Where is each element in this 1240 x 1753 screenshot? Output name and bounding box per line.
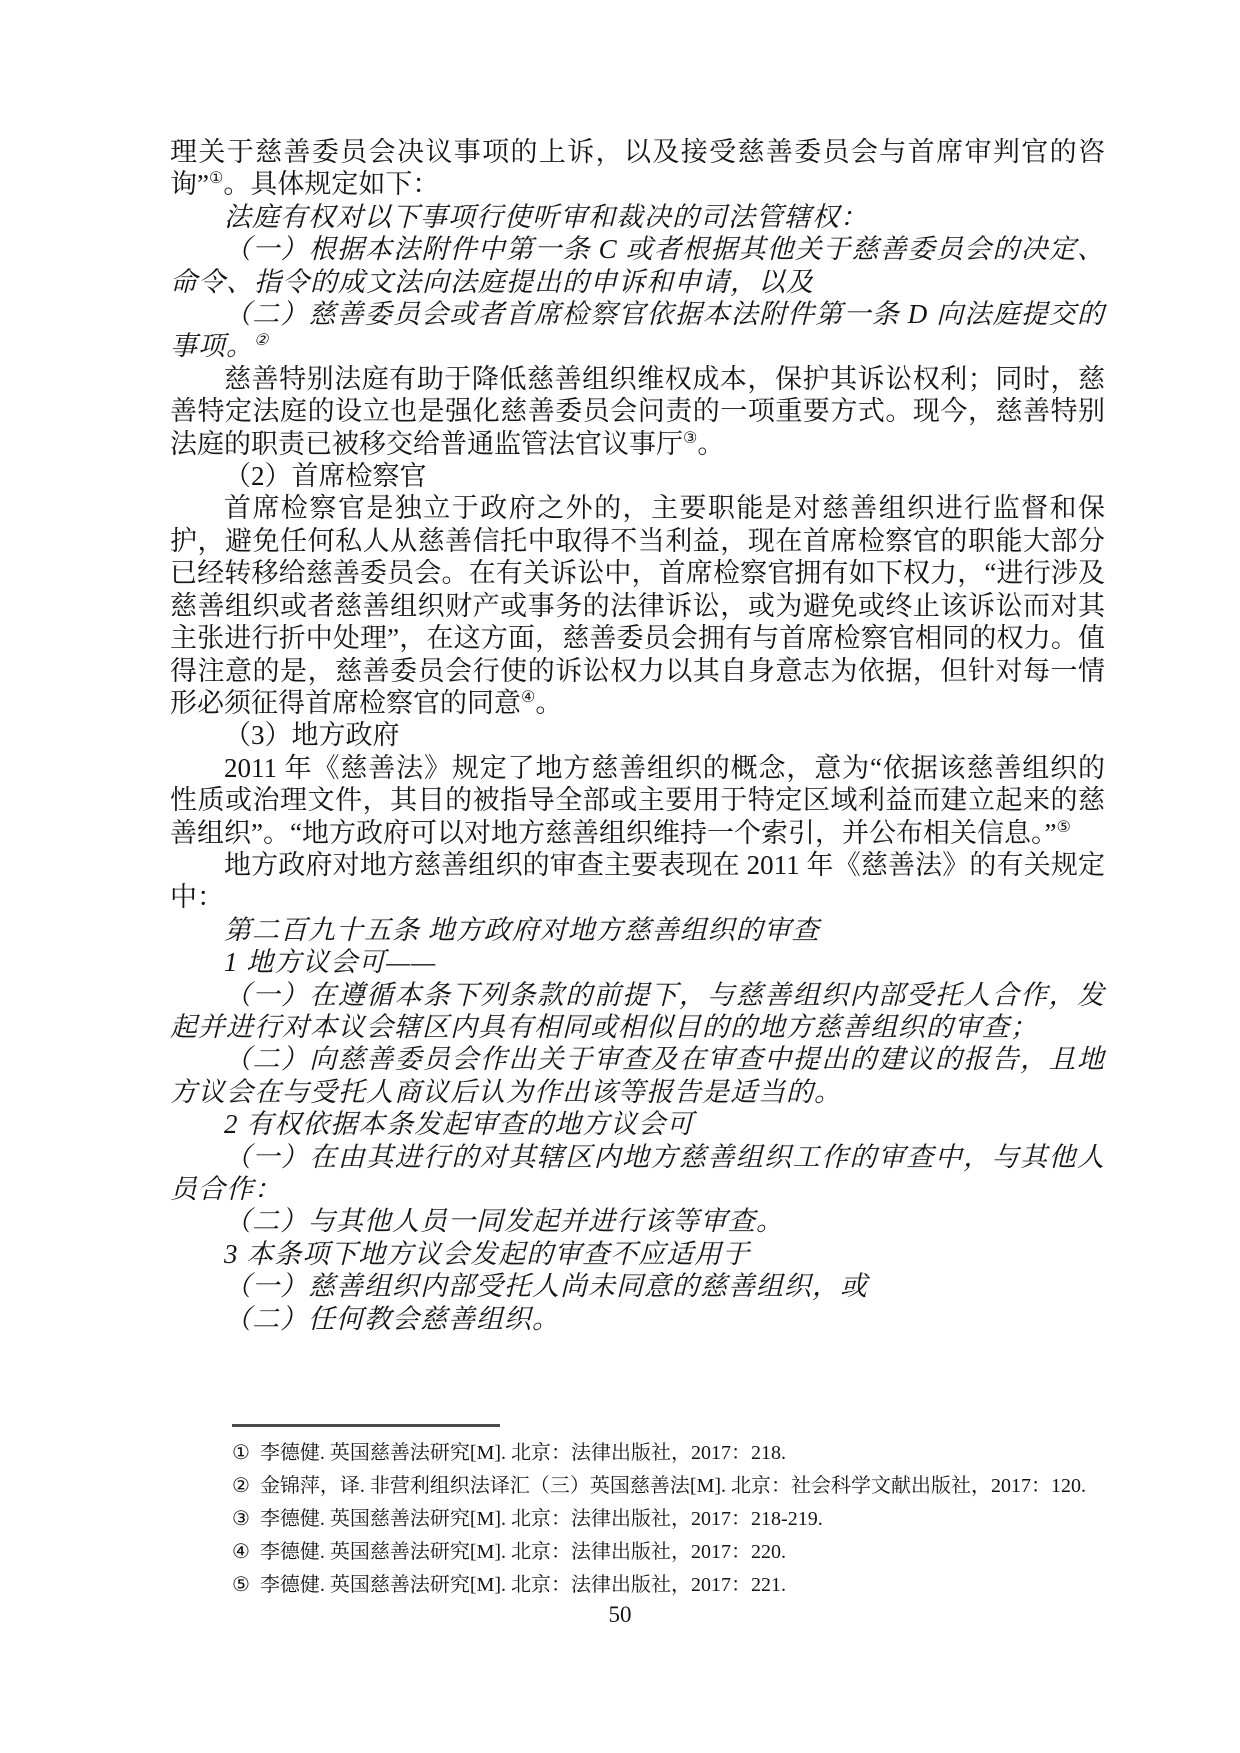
paragraph: 1 地方议会可—— [170, 946, 1105, 978]
footnote-text: 李德健. 英国慈善法研究[M]. 北京：法律出版社，2017：220. [260, 1536, 1087, 1569]
footnote-marker: ② [232, 1470, 250, 1503]
footnote-ref: ④ [521, 689, 535, 706]
paragraph: （3）地方政府 [170, 719, 1105, 751]
footnote-separator [232, 1424, 500, 1427]
paragraph: 法庭有权对以下事项行使听审和裁决的司法管辖权： [170, 201, 1105, 233]
footnote-text: 李德健. 英国慈善法研究[M]. 北京：法律出版社，2017：218. [260, 1437, 1087, 1470]
footnotes-section: ①李德健. 英国慈善法研究[M]. 北京：法律出版社，2017：218.②金锦萍… [232, 1424, 1087, 1602]
body-text: 理关于慈善委员会决议事项的上诉，以及接受慈善委员会与首席审判官的咨询”①。具体规… [170, 136, 1105, 1335]
paragraph: （一）慈善组织内部受托人尚未同意的慈善组织，或 [170, 1270, 1105, 1302]
paragraph: 3 本条项下地方议会发起的审查不应适用于 [170, 1238, 1105, 1270]
paragraph: 第二百九十五条 地方政府对地方慈善组织的审查 [170, 914, 1105, 946]
paragraph: （一）在由其进行的对其辖区内地方慈善组织工作的审查中，与其他人员合作： [170, 1141, 1105, 1206]
footnote-ref: ① [209, 170, 223, 187]
footnote-item: ③李德健. 英国慈善法研究[M]. 北京：法律出版社，2017：218-219. [232, 1503, 1087, 1536]
footnote-item: ④李德健. 英国慈善法研究[M]. 北京：法律出版社，2017：220. [232, 1536, 1087, 1569]
footnote-text: 李德健. 英国慈善法研究[M]. 北京：法律出版社，2017：221. [260, 1569, 1087, 1602]
paragraph: 地方政府对地方慈善组织的审查主要表现在 2011 年《慈善法》的有关规定中： [170, 849, 1105, 914]
footnote-ref: ⑤ [1056, 819, 1070, 836]
footnote-item: ①李德健. 英国慈善法研究[M]. 北京：法律出版社，2017：218. [232, 1437, 1087, 1470]
footnote-ref: ② [254, 332, 268, 349]
footnote-marker: ④ [232, 1536, 250, 1569]
paragraph: （二）向慈善委员会作出关于审查及在审查中提出的建议的报告，且地方议会在与受托人商… [170, 1043, 1105, 1108]
paragraph: 首席检察官是独立于政府之外的，主要职能是对慈善组织进行监督和保护，避免任何私人从… [170, 492, 1105, 719]
paragraph: （一）根据本法附件中第一条 C 或者根据其他关于慈善委员会的决定、命令、指令的成… [170, 233, 1105, 298]
paragraph: 2011 年《慈善法》规定了地方慈善组织的概念，意为“依据该慈善组织的性质或治理… [170, 752, 1105, 849]
footnote-text: 金锦萍，译. 非营利组织法译汇（三）英国慈善法[M]. 北京：社会科学文献出版社… [260, 1470, 1087, 1503]
document-page: 理关于慈善委员会决议事项的上诉，以及接受慈善委员会与首席审判官的咨询”①。具体规… [0, 0, 1240, 1753]
footnote-ref: ③ [683, 430, 697, 447]
footnote-text: 李德健. 英国慈善法研究[M]. 北京：法律出版社，2017：218-219. [260, 1503, 1087, 1536]
footnote-marker: ① [232, 1437, 250, 1470]
paragraph: （二）任何教会慈善组织。 [170, 1303, 1105, 1335]
paragraph: （2）首席检察官 [170, 460, 1105, 492]
footnote-marker: ③ [232, 1503, 250, 1536]
footnote-marker: ⑤ [232, 1569, 250, 1602]
page-number: 50 [0, 1602, 1240, 1628]
paragraph: （一）在遵循本条下列条款的前提下，与慈善组织内部受托人合作，发起并进行对本议会辖… [170, 979, 1105, 1044]
paragraph: （二）慈善委员会或者首席检察官依据本法附件第一条 D 向法庭提交的事项。② [170, 298, 1105, 363]
footnote-item: ⑤李德健. 英国慈善法研究[M]. 北京：法律出版社，2017：221. [232, 1569, 1087, 1602]
footnote-item: ②金锦萍，译. 非营利组织法译汇（三）英国慈善法[M]. 北京：社会科学文献出版… [232, 1470, 1087, 1503]
paragraph: （二）与其他人员一同发起并进行该等审查。 [170, 1205, 1105, 1237]
paragraph: 慈善特别法庭有助于降低慈善组织维权成本，保护其诉讼权利；同时，慈善特定法庭的设立… [170, 363, 1105, 460]
footnote-list: ①李德健. 英国慈善法研究[M]. 北京：法律出版社，2017：218.②金锦萍… [232, 1437, 1087, 1602]
paragraph: 2 有权依据本条发起审查的地方议会可 [170, 1108, 1105, 1140]
paragraph: 理关于慈善委员会决议事项的上诉，以及接受慈善委员会与首席审判官的咨询”①。具体规… [170, 136, 1105, 201]
